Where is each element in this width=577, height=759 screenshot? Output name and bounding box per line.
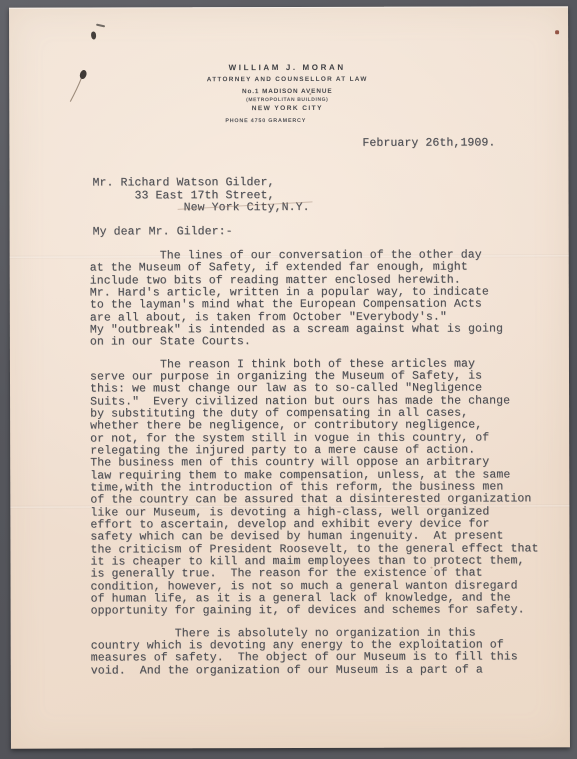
rust-speck	[555, 30, 559, 34]
date-line: February 26th,1909.	[362, 137, 495, 150]
letterhead-phone: PHONE 4750 GRAMERCY	[225, 118, 306, 124]
paper-speck	[430, 567, 432, 569]
ink-blot-mark	[91, 31, 97, 40]
ink-flick-mark	[64, 66, 94, 108]
scan-background: WILLIAM J. MORAN ATTORNEY AND COUNSELLOR…	[0, 0, 577, 759]
body-paragraph-3: There is absolutely no organization in t…	[91, 627, 539, 678]
recipient-address: Mr. Richard Watson Gilder, 33 East 17th …	[92, 177, 309, 215]
letter-page: WILLIAM J. MORAN ATTORNEY AND COUNSELLOR…	[9, 6, 570, 748]
ink-smudge-mark	[96, 24, 105, 28]
body-paragraph-1: The lines of our conversation of the oth…	[90, 249, 538, 349]
letter-body: The lines of our conversation of the oth…	[90, 249, 539, 687]
salutation: My dear Mr. Gilder:-	[93, 226, 233, 239]
paper-speck	[309, 93, 311, 95]
body-paragraph-2: The reason I think both of these article…	[90, 358, 539, 618]
